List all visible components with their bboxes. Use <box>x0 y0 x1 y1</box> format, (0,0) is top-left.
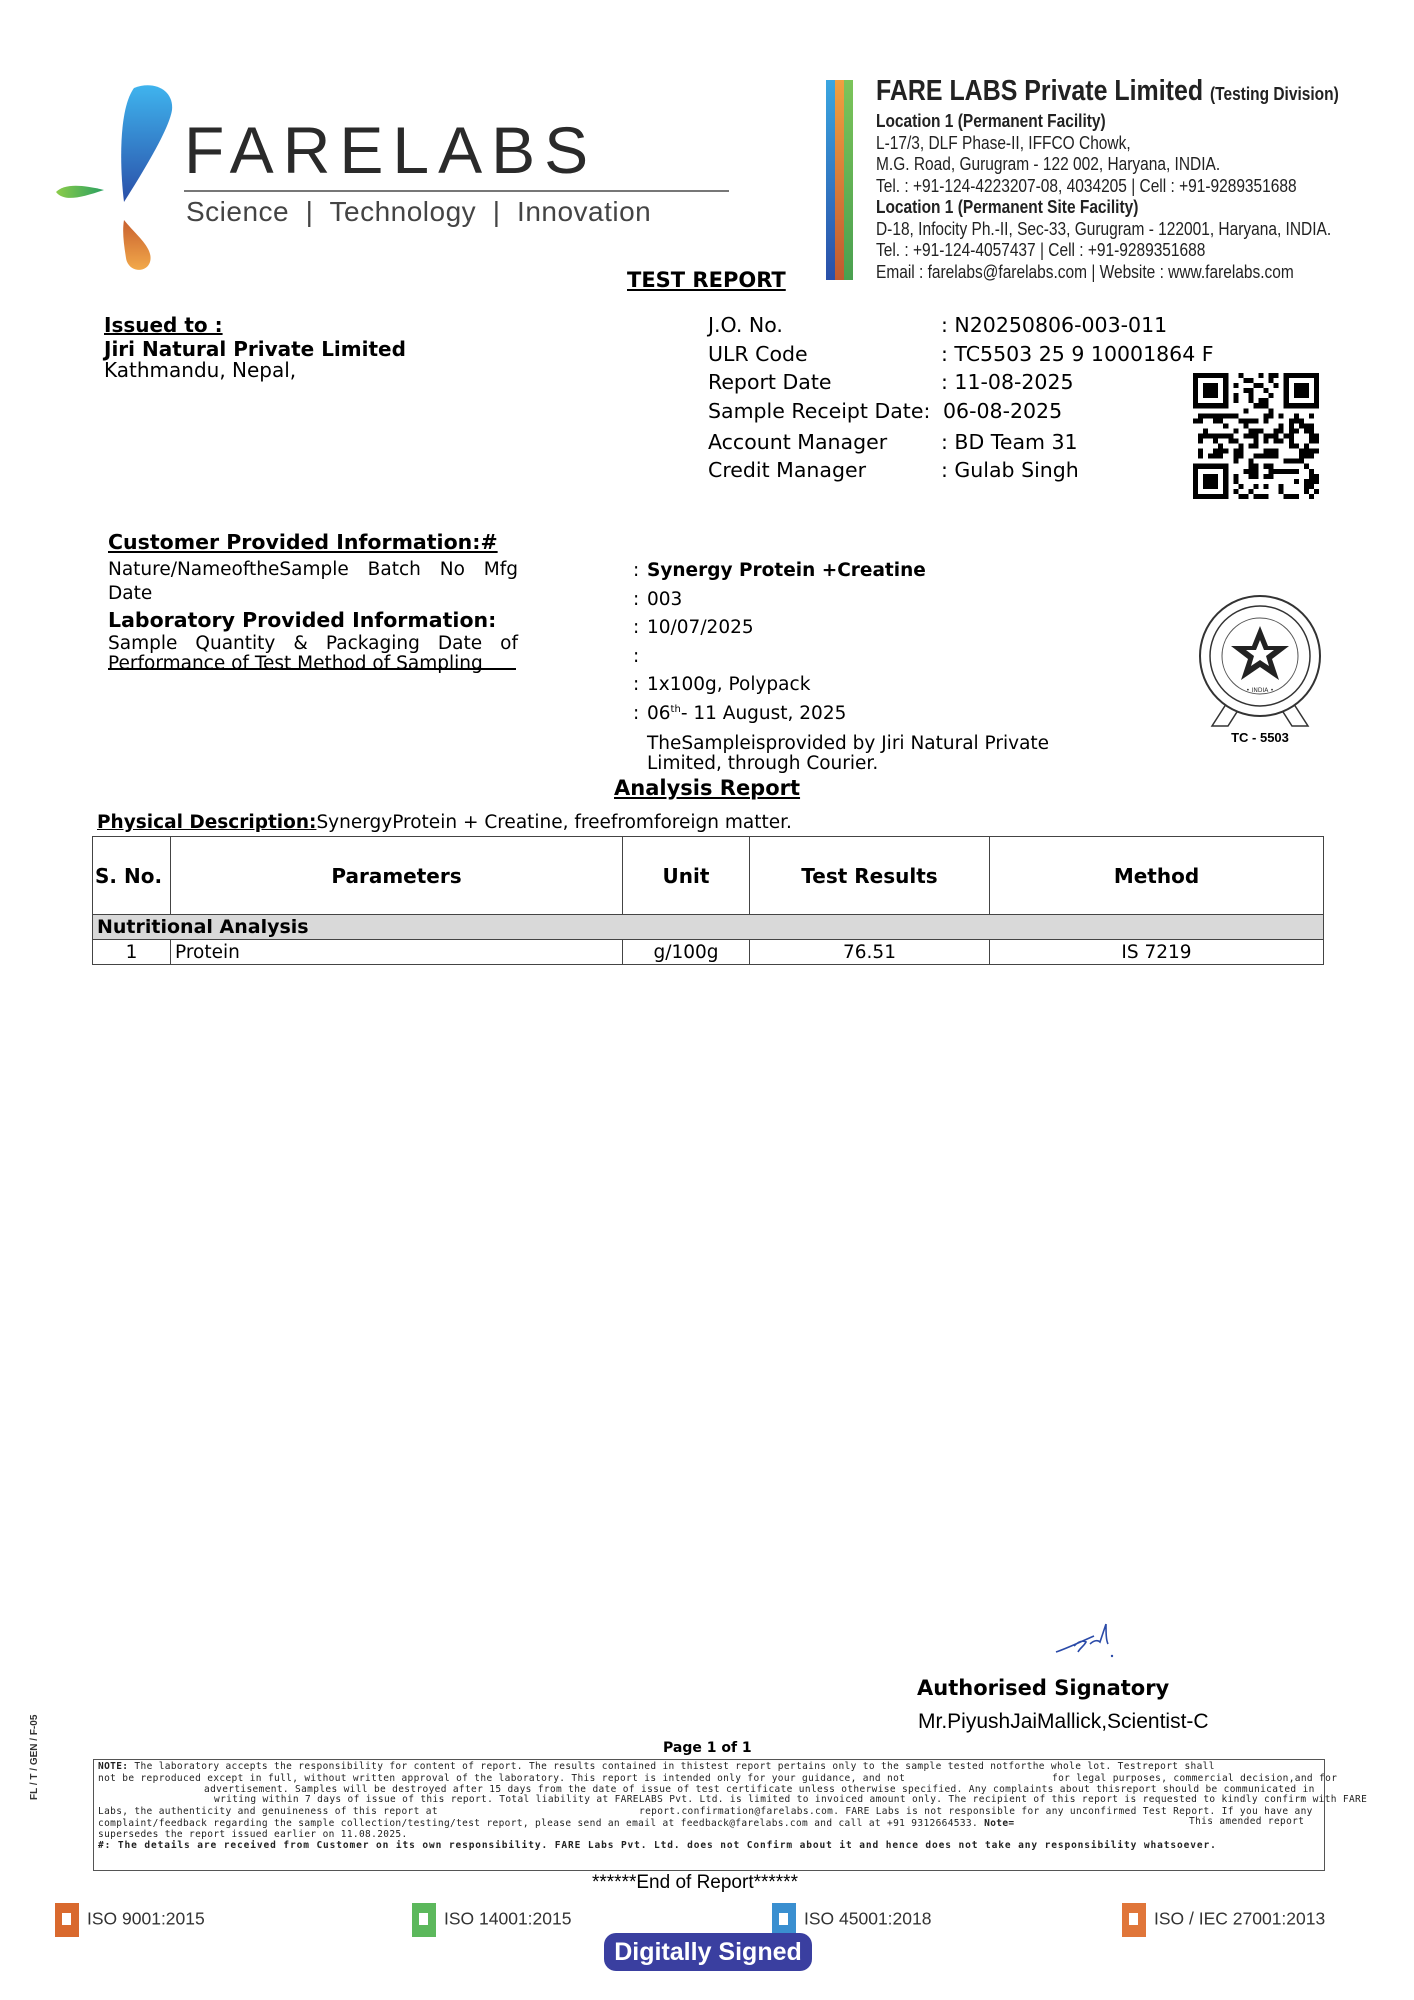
company-address-block: FARE LABS Private Limited (Testing Divis… <box>876 74 1339 283</box>
company-name: FARE LABS Private Limited (Testing Divis… <box>876 74 1339 111</box>
col-header-method: Method <box>990 837 1324 915</box>
brand-stripe-green <box>844 80 853 280</box>
accreditation-seal: • INDIA • TC - 5503 <box>1190 588 1330 748</box>
issued-to-block: Issued to : Jiri Natural Private Limited… <box>104 313 406 382</box>
table-row: 1 Protein g/100g 76.51 IS 7219 <box>93 940 1324 965</box>
page-number: Page 1 of 1 <box>663 1740 752 1756</box>
lab-info-rule <box>108 668 516 670</box>
end-of-report: ******End of Report****** <box>592 1872 798 1894</box>
results-table: S. No. Parameters Unit Test Results Meth… <box>92 836 1324 965</box>
note-line-8: #: The details are received from Custome… <box>98 1840 1217 1852</box>
note-line-5a: Labs, the authenticity and genuineness o… <box>98 1806 438 1818</box>
iso-27001-icon <box>1122 1903 1146 1937</box>
customer-info-heading: Customer Provided Information:# <box>108 530 518 554</box>
iso-badge-9001: ISO 9001:2015 <box>55 1903 205 1937</box>
table-section-row: Nutritional Analysis <box>93 915 1324 940</box>
company-contact: Email : farelabs@farelabs.com | Website … <box>876 262 1339 284</box>
col-header-parameters: Parameters <box>171 837 623 915</box>
section-nutritional-analysis: Nutritional Analysis <box>93 915 1324 940</box>
location1-line2: M.G. Road, Gurugram - 122 002, Haryana, … <box>876 154 1339 176</box>
brand-stripe-orange <box>835 80 844 280</box>
location1-line1: L-17/3, DLF Phase-II, IFFCO Chowk, <box>876 133 1339 155</box>
logo-tagline: Science | Technology | Innovation <box>186 196 651 228</box>
digitally-signed-badge[interactable]: Digitally Signed <box>604 1933 812 1971</box>
physical-description: Physical Description:SynergyProtein + Cr… <box>97 812 792 833</box>
report-title: TEST REPORT <box>627 268 786 292</box>
customer-info-labels-line1: Nature/NameoftheSample Batch No Mfg <box>108 558 518 582</box>
signatory-name: Mr.PiyushJaiMallick,Scientist-C <box>918 1710 1209 1734</box>
location1-tel: Tel. : +91-124-4223207-08, 4034205 | Cel… <box>876 176 1339 198</box>
issued-to-heading: Issued to : <box>104 313 406 337</box>
iso-badge-14001: ISO 14001:2015 <box>412 1903 571 1937</box>
form-code: FL / T / GEN / F-05 <box>29 1715 40 1800</box>
svg-text:• INDIA •: • INDIA • <box>1246 687 1274 694</box>
disclaimer-note: NOTE: The laboratory accepts the respons… <box>93 1759 1325 1871</box>
note-line-6b: This amended report <box>1189 1816 1304 1828</box>
note-line-6a: complaint/feedback regarding the sample … <box>98 1818 1015 1830</box>
location2-tel: Tel. : +91-124-4057437 | Cell : +91-9289… <box>876 240 1339 262</box>
signature-icon <box>1054 1622 1124 1662</box>
signatory-title: Authorised Signatory <box>917 1676 1169 1700</box>
qr-code-icon[interactable] <box>1193 373 1319 499</box>
nabl-seal-icon: • INDIA • <box>1190 588 1330 728</box>
analysis-heading: Analysis Report <box>614 776 800 800</box>
lab-info-labels-line2: Performance of Test Method of Sampling <box>108 652 518 676</box>
logo-wordmark: FARELABS <box>184 112 597 188</box>
col-header-sno: S. No. <box>93 837 171 915</box>
iso-badge-27001: ISO / IEC 27001:2013 <box>1122 1903 1325 1937</box>
cell-unit: g/100g <box>623 940 750 965</box>
iso-14001-icon <box>412 1903 436 1937</box>
location2-title: Location 1 (Permanent Site Facility) <box>876 197 1339 219</box>
accreditation-code: TC - 5503 <box>1190 730 1330 745</box>
location1-title: Location 1 (Permanent Facility) <box>876 111 1339 133</box>
table-header-row: S. No. Parameters Unit Test Results Meth… <box>93 837 1324 915</box>
col-header-unit: Unit <box>623 837 750 915</box>
sampling-text: TheSampleisprovided by Jiri Natural Priv… <box>647 734 1087 774</box>
location2-line1: D-18, Infocity Ph.-II, Sec-33, Gurugram … <box>876 219 1339 241</box>
lab-info-heading: Laboratory Provided Information: <box>108 608 518 632</box>
note-line-2a: not be reproduced except in full, withou… <box>98 1773 905 1785</box>
logo-divider <box>184 190 729 192</box>
customer-address: Kathmandu, Nepal, <box>104 358 406 382</box>
note-line-2b: for legal purposes, commercial decision,… <box>1052 1773 1337 1785</box>
logo-petals-icon <box>56 80 186 270</box>
cell-method: IS 7219 <box>990 940 1324 965</box>
note-line-4: writing within 7 days of issue of this r… <box>214 1794 1367 1806</box>
note-line-1: NOTE: The laboratory accepts the respons… <box>98 1761 1215 1773</box>
iso-45001-icon <box>772 1903 796 1937</box>
brand-stripe-blue <box>826 80 835 280</box>
iso-9001-icon <box>55 1903 79 1937</box>
col-header-results: Test Results <box>750 837 990 915</box>
customer-info-labels-line2: Date <box>108 582 518 606</box>
cell-result: 76.51 <box>750 940 990 965</box>
cell-parameter: Protein <box>171 940 623 965</box>
iso-badge-45001: ISO 45001:2018 <box>772 1903 931 1937</box>
note-line-7: supersedes the report issued earlier on … <box>98 1829 408 1841</box>
customer-info-labels: Customer Provided Information:# Nature/N… <box>108 530 518 680</box>
cell-sno: 1 <box>93 940 171 965</box>
